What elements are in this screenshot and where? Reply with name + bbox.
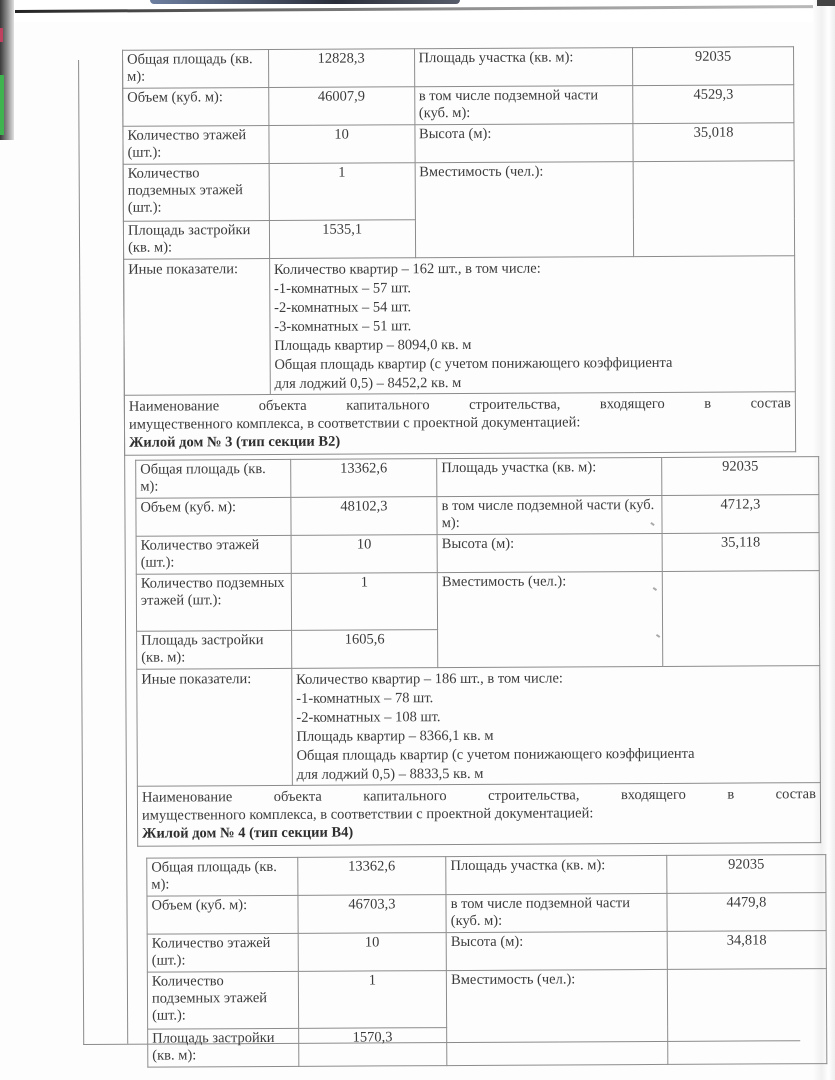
volume-value: 48102,3: [291, 497, 438, 536]
other-indicators-list: Количество квартир – 162 шт., в том числ…: [269, 256, 795, 395]
volume-label: Объем (куб. м):: [147, 895, 298, 934]
height-label: Высота (м):: [437, 533, 662, 572]
footprint-label: Площадь застройки (кв. м):: [148, 1028, 299, 1067]
footprint-label: Площадь застройки (кв. м):: [137, 630, 292, 669]
height-label: Высота (м):: [414, 124, 633, 163]
height-value: 34,818: [667, 931, 826, 970]
capacity-value: [633, 161, 794, 257]
height-value: 35,118: [662, 533, 819, 572]
underground-volume-label: в том числе подземной части (куб. м):: [446, 893, 667, 932]
volume-value: 46007,9: [268, 87, 414, 126]
underground-volume-label: в том числе подземной части (куб. м):: [414, 86, 633, 125]
section-heading-house-4: Наименование объекта капитального строит…: [137, 783, 821, 847]
total-area-value: 13362,6: [297, 857, 446, 896]
floors-value: 10: [298, 933, 447, 972]
building-block-3: Общая площадь (кв. м): 13362,6 Площадь у…: [146, 854, 827, 1068]
height-label: Высота (м):: [446, 931, 667, 970]
underground-volume-value: 4529,3: [633, 85, 794, 124]
section-heading-house-3: Наименование объекта капитального строит…: [124, 392, 796, 456]
metrics-table-1: Общая площадь (кв. м): 12828,3 Площадь у…: [122, 46, 796, 396]
scan-left-mark-green: [0, 75, 4, 135]
other-indicator-line: для лоджий 0,5) – 8452,2 кв. м: [274, 372, 790, 394]
total-area-label: Общая площадь (кв. м):: [123, 50, 269, 89]
underground-volume-label: в том числе подземной части (куб. м):: [437, 495, 662, 534]
total-area-value: 13362,6: [290, 459, 437, 498]
section-heading-line: Наименование объекта капитального строит…: [129, 394, 791, 415]
scan-left-mark-red: [0, 28, 3, 42]
other-indicators-list: Количество квартир – 186 шт., в том числ…: [292, 666, 821, 786]
footprint-value: 1605,6: [291, 630, 438, 669]
floors-label: Количество этажей (шт.):: [123, 126, 269, 165]
total-area-label: Общая площадь (кв. м):: [147, 857, 298, 896]
capacity-value: [667, 969, 827, 1065]
capacity-label: Вместимость (чел.):: [415, 162, 634, 258]
footprint-value: 1570,3: [298, 1028, 447, 1067]
total-area-label: Общая площадь (кв. м):: [136, 459, 291, 498]
other-indicators-label: Иные показатели:: [137, 668, 292, 786]
plot-area-label: Площадь участка (кв. м):: [446, 855, 667, 894]
plot-area-value: 92035: [662, 457, 819, 496]
plot-area-label: Площадь участка (кв. м):: [437, 457, 662, 496]
building-title: Жилой дом № 4 (тип секции В4): [142, 821, 816, 843]
number-column-stub: [78, 60, 128, 1044]
building-block-1: Общая площадь (кв. м): 12828,3 Площадь у…: [122, 46, 796, 456]
scan-top-artifact: [150, 0, 460, 4]
underground-floors-label: Количество подземных этажей (шт.):: [123, 164, 269, 222]
building-title: Жилой дом № 3 (тип секции В2): [129, 430, 791, 451]
underground-volume-value: 4712,3: [662, 495, 819, 534]
plot-area-value: 92035: [667, 855, 826, 894]
underground-floors-value: 1: [269, 163, 415, 221]
floors-value: 10: [269, 125, 415, 164]
plot-area-value: 92035: [633, 47, 794, 86]
volume-label: Объем (куб. м):: [136, 497, 291, 536]
height-value: 35,018: [633, 123, 794, 162]
metrics-table-3: Общая площадь (кв. м): 13362,6 Площадь у…: [146, 854, 827, 1068]
plot-area-label: Площадь участка (кв. м):: [414, 48, 633, 87]
underground-floors-label: Количество подземных этажей (шт.):: [136, 573, 291, 631]
floors-label: Количество этажей (шт.):: [136, 535, 291, 574]
volume-value: 46703,3: [298, 895, 447, 934]
underground-floors-value: 1: [291, 573, 438, 631]
volume-label: Объем (куб. м):: [123, 88, 269, 127]
capacity-value: [662, 571, 819, 667]
building-block-2: Общая площадь (кв. м): 13362,6 Площадь у…: [135, 456, 821, 847]
underground-floors-label: Количество подземных этажей (шт.):: [147, 971, 298, 1029]
footprint-label: Площадь застройки (кв. м):: [123, 221, 269, 260]
metrics-table-2: Общая площадь (кв. м): 13362,6 Площадь у…: [135, 456, 821, 787]
section-heading-line: Наименование объекта капитального строит…: [142, 785, 816, 807]
footprint-value: 1535,1: [269, 220, 415, 259]
floors-label: Количество этажей (шт.):: [147, 933, 298, 972]
floors-value: 10: [291, 535, 438, 574]
document-page: Общая площадь (кв. м): 12828,3 Площадь у…: [78, 42, 801, 1048]
scan-right-top-artifact: [817, 0, 835, 6]
underground-volume-value: 4479,8: [667, 893, 826, 932]
capacity-label: Вместимость (чел.):: [447, 969, 668, 1065]
underground-floors-value: 1: [298, 971, 447, 1029]
total-area-value: 12828,3: [268, 49, 414, 88]
other-indicators-label: Иные показатели:: [124, 259, 270, 396]
capacity-label: Вместимость (чел.):: [437, 571, 662, 667]
other-indicator-line: для лоджий 0,5) – 8833,5 кв. м: [297, 763, 816, 785]
